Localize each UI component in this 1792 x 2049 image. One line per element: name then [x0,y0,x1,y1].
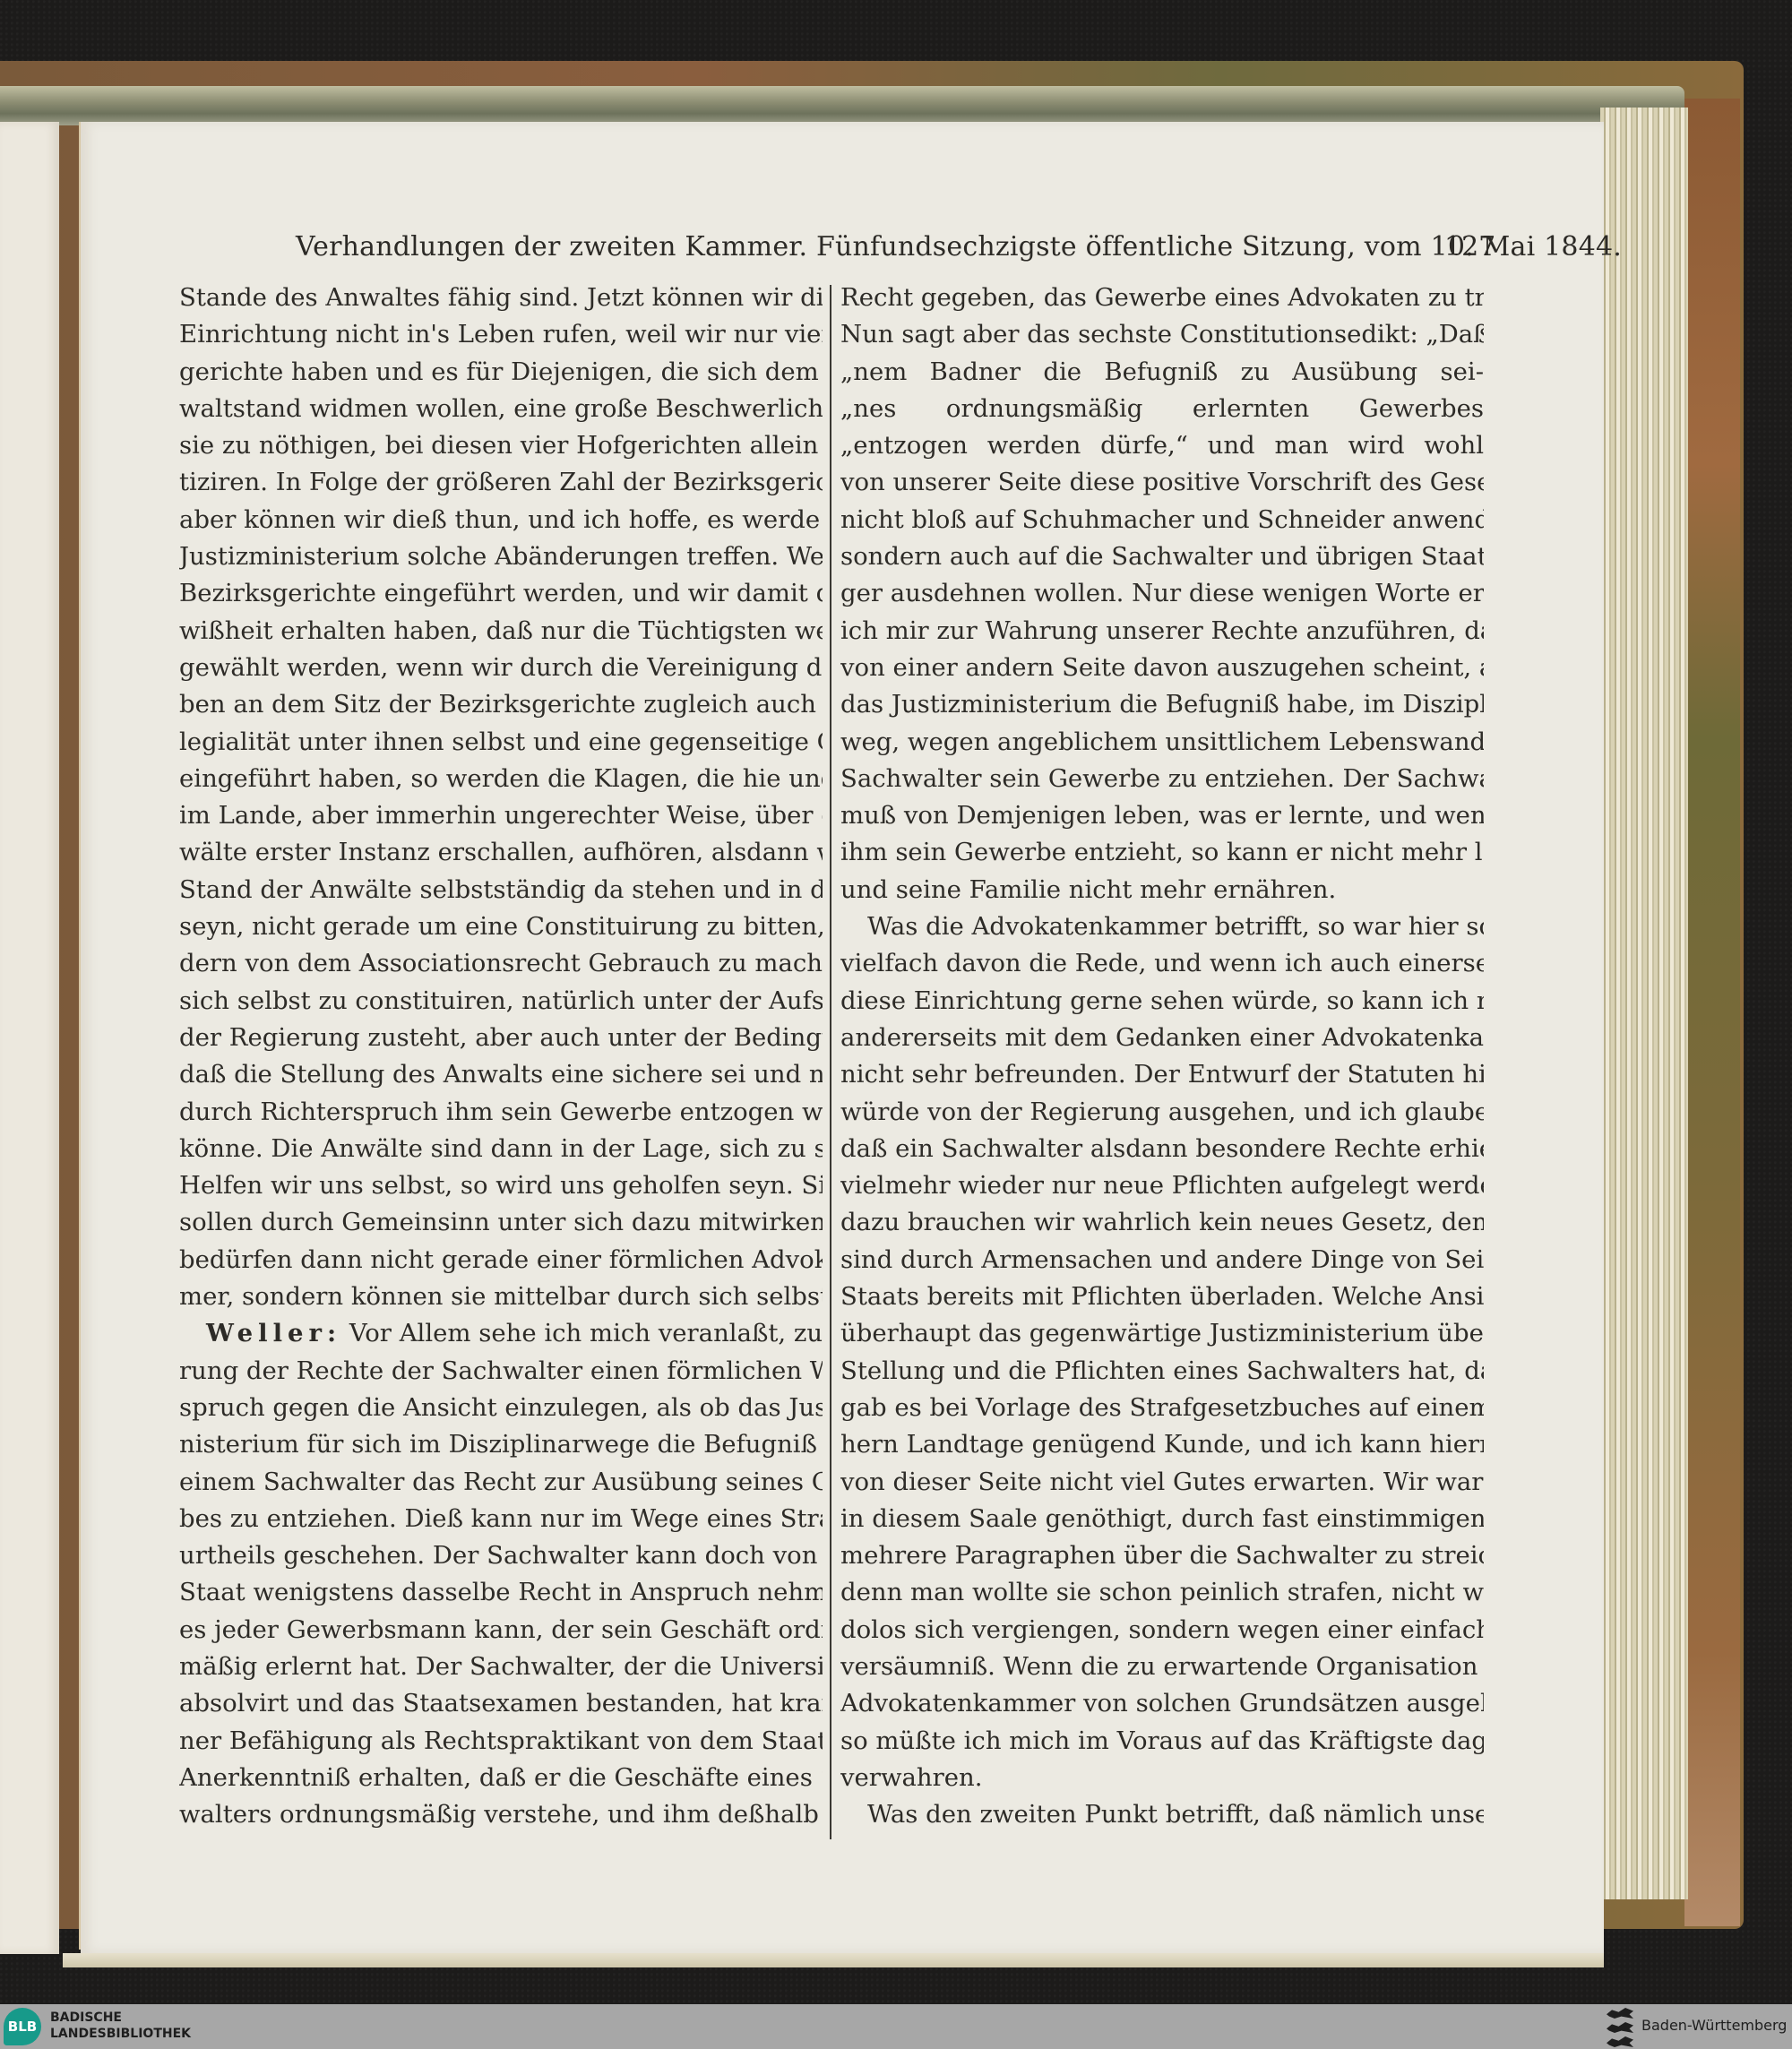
text-line: hern Landtage genügend Kunde, und ich ka… [840,1426,1484,1463]
text-line: aber können wir dieß thun, und ich hoffe… [179,502,823,538]
text-line: Einrichtung nicht in's Leben rufen, weil… [179,316,823,353]
text-line: Sachwalter sein Gewerbe zu entziehen. De… [840,761,1484,797]
running-head: Verhandlungen der zweiten Kammer. Fünfun… [296,231,1375,263]
text-line: denn man wollte sie schon peinlich straf… [840,1574,1484,1611]
text-line: es jeder Gewerbsmann kann, der sein Gesc… [179,1612,823,1649]
text-column-right: Recht gegeben, das Gewerbe eines Advokat… [840,280,1484,1833]
text-line: nicht bloß auf Schuhmacher und Schneider… [840,502,1484,538]
text-line: würde von der Regierung ausgehen, und ic… [840,1094,1484,1131]
text-line: von unserer Seite diese positive Vorschr… [840,464,1484,501]
page-block-top-edge [0,86,1684,125]
library-name[interactable]: BADISCHE LANDESBIBLIOTHEK [50,2010,191,2042]
text-line: sie zu nöthigen, bei diesen vier Hofgeri… [179,427,823,464]
state-name[interactable]: Baden-Württemberg [1641,2017,1787,2034]
text-line: ger ausdehnen wollen. Nur diese wenigen … [840,575,1484,612]
text-line: „nes ordnungsmäßig erlernten Gewerbes [840,391,1484,427]
text-line: von dieser Seite nicht viel Gutes erwart… [840,1464,1484,1501]
text-line: daß ein Sachwalter alsdann besondere Rec… [840,1131,1484,1167]
text-line: versäumniß. Wenn die zu erwartende Organ… [840,1649,1484,1685]
text-line: Stande des Anwaltes fähig sind. Jetzt kö… [179,280,823,316]
text-line: sich selbst zu constituiren, natürlich u… [179,983,823,1020]
text-line: sollen durch Gemeinsinn unter sich dazu … [179,1204,823,1241]
text-line: Was die Advokatenkammer betrifft, so war… [840,908,1484,945]
text-line: könne. Die Anwälte sind dann in der Lage… [179,1131,823,1167]
speaker-name: Weller: [206,1319,341,1347]
text-line: eingeführt haben, so werden die Klagen, … [179,761,823,797]
text-line: dolos sich vergiengen, sondern wegen ein… [840,1612,1484,1649]
text-line: Recht gegeben, das Gewerbe eines Advokat… [840,280,1484,316]
gutter-line [79,122,81,1950]
text-line: nisterium für sich im Disziplinarwege di… [179,1426,823,1463]
text-line: von einer andern Seite davon auszugehen … [840,650,1484,686]
three-lions-crest-icon [1607,2008,1633,2047]
text-line: verwahren. [840,1760,1484,1796]
text-line: mer, sondern können sie mittelbar durch … [179,1278,823,1315]
book-cover-edge [1684,99,1740,1926]
text-line: in diesem Saale genöthigt, durch fast ei… [840,1501,1484,1537]
text-line: tiziren. In Folge der größeren Zahl der … [179,464,823,501]
library-name-line1: BADISCHE [50,2010,191,2026]
text-line: nicht sehr befreunden. Der Entwurf der S… [840,1056,1484,1093]
speech-text: Vor Allem sehe ich mich veranlaßt, zur W… [341,1319,823,1347]
text-line: Stand der Anwälte selbstständig da stehe… [179,872,823,908]
text-line: dazu brauchen wir wahrlich kein neues Ge… [840,1204,1484,1241]
text-line: weg, wegen angeblichem unsittlichem Lebe… [840,724,1484,761]
text-line: sind durch Armensachen und andere Dinge … [840,1242,1484,1278]
text-line: Weller: Vor Allem sehe ich mich veranlaß… [179,1315,823,1352]
text-line: Staats bereits mit Pflichten überladen. … [840,1278,1484,1315]
text-line: ben an dem Sitz der Bezirksgerichte zugl… [179,686,823,723]
footer-bar: BLB BADISCHE LANDESBIBLIOTHEK Baden-Würt… [0,2004,1792,2049]
text-line: seyn, nicht gerade um eine Constituirung… [179,908,823,945]
text-line: „entzogen werden dürfe,“ und man wird wo… [840,427,1484,464]
text-line: vielfach davon die Rede, und wenn ich au… [840,945,1484,982]
text-line: der Regierung zusteht, aber auch unter d… [179,1020,823,1056]
text-line: spruch gegen die Ansicht einzulegen, als… [179,1390,823,1426]
text-line: so müßte ich mich im Voraus auf das Kräf… [840,1723,1484,1760]
text-line: Staat wenigstens dasselbe Recht in Anspr… [179,1574,823,1611]
text-line: ich mir zur Wahrung unserer Rechte anzuf… [840,613,1484,650]
text-line: einem Sachwalter das Recht zur Ausübung … [179,1464,823,1501]
text-line: Stellung und die Pflichten eines Sachwal… [840,1353,1484,1390]
text-line: Advokatenkammer von solchen Grundsätzen … [840,1685,1484,1722]
left-page-sliver [0,122,59,1954]
text-line: das Justizministerium die Befugniß habe,… [840,686,1484,723]
text-line: mäßig erlernt hat. Der Sachwalter, der d… [179,1649,823,1685]
text-line: gerichte haben und es für Diejenigen, di… [179,354,823,391]
text-line: bedürfen dann nicht gerade einer förmlic… [179,1242,823,1278]
library-name-line2: LANDESBIBLIOTHEK [50,2026,191,2042]
text-line: Helfen wir uns selbst, so wird uns gehol… [179,1167,823,1204]
blb-logo-icon[interactable]: BLB [4,2008,41,2045]
text-line: wälte erster Instanz erschallen, aufhöre… [179,834,823,871]
text-line: ihm sein Gewerbe entzieht, so kann er ni… [840,834,1484,871]
text-line: dern von dem Associationsrecht Gebrauch … [179,945,823,982]
text-line: und seine Familie nicht mehr ernähren. [840,872,1484,908]
text-line: rung der Rechte der Sachwalter einen för… [179,1353,823,1390]
text-line: „nem Badner die Befugniß zu Ausübung sei… [840,354,1484,391]
text-line: vielmehr wieder nur neue Pflichten aufge… [840,1167,1484,1204]
text-line: Was den zweiten Punkt betrifft, daß näml… [840,1796,1484,1833]
page-number: 127 [1444,231,1495,263]
text-line: Nun sagt aber das sechste Constitutionse… [840,316,1484,353]
text-line: daß die Stellung des Anwalts eine sicher… [179,1056,823,1093]
text-line: urtheils geschehen. Der Sachwalter kann … [179,1537,823,1574]
text-line: muß von Demjenigen leben, was er lernte,… [840,797,1484,834]
text-line: Justizministerium solche Abänderungen tr… [179,538,823,575]
text-line: im Lande, aber immerhin ungerechter Weis… [179,797,823,834]
text-line: Anerkenntniß erhalten, daß er die Geschä… [179,1760,823,1796]
text-line: überhaupt das gegenwärtige Justizministe… [840,1315,1484,1352]
text-line: sondern auch auf die Sachwalter und übri… [840,538,1484,575]
text-column-left: Stande des Anwaltes fähig sind. Jetzt kö… [179,280,823,1833]
text-line: bes zu entziehen. Dieß kann nur im Wege … [179,1501,823,1537]
column-divider [830,285,831,1839]
page-block-right-edge [1600,108,1688,1899]
text-line: andererseits mit dem Gedanken einer Advo… [840,1020,1484,1056]
text-line: absolvirt und das Staatsexamen bestanden… [179,1685,823,1722]
text-line: gab es bei Vorlage des Strafgesetzbuches… [840,1390,1484,1426]
text-line: wißheit erhalten haben, daß nur die Tüch… [179,613,823,650]
text-line: diese Einrichtung gerne sehen würde, so … [840,983,1484,1020]
text-line: walters ordnungsmäßig verstehe, und ihm … [179,1796,823,1833]
text-line: durch Richterspruch ihm sein Gewerbe ent… [179,1094,823,1131]
page-block-bottom-edge [63,1953,1604,1967]
text-line: gewählt werden, wenn wir durch die Verei… [179,650,823,686]
text-line: waltstand widmen wollen, eine große Besc… [179,391,823,427]
text-line: ner Befähigung als Rechtspraktikant von … [179,1723,823,1760]
text-line: Bezirksgerichte eingeführt werden, und w… [179,575,823,612]
text-line: mehrere Paragraphen über die Sachwalter … [840,1537,1484,1574]
text-line: legialität unter ihnen selbst und eine g… [179,724,823,761]
